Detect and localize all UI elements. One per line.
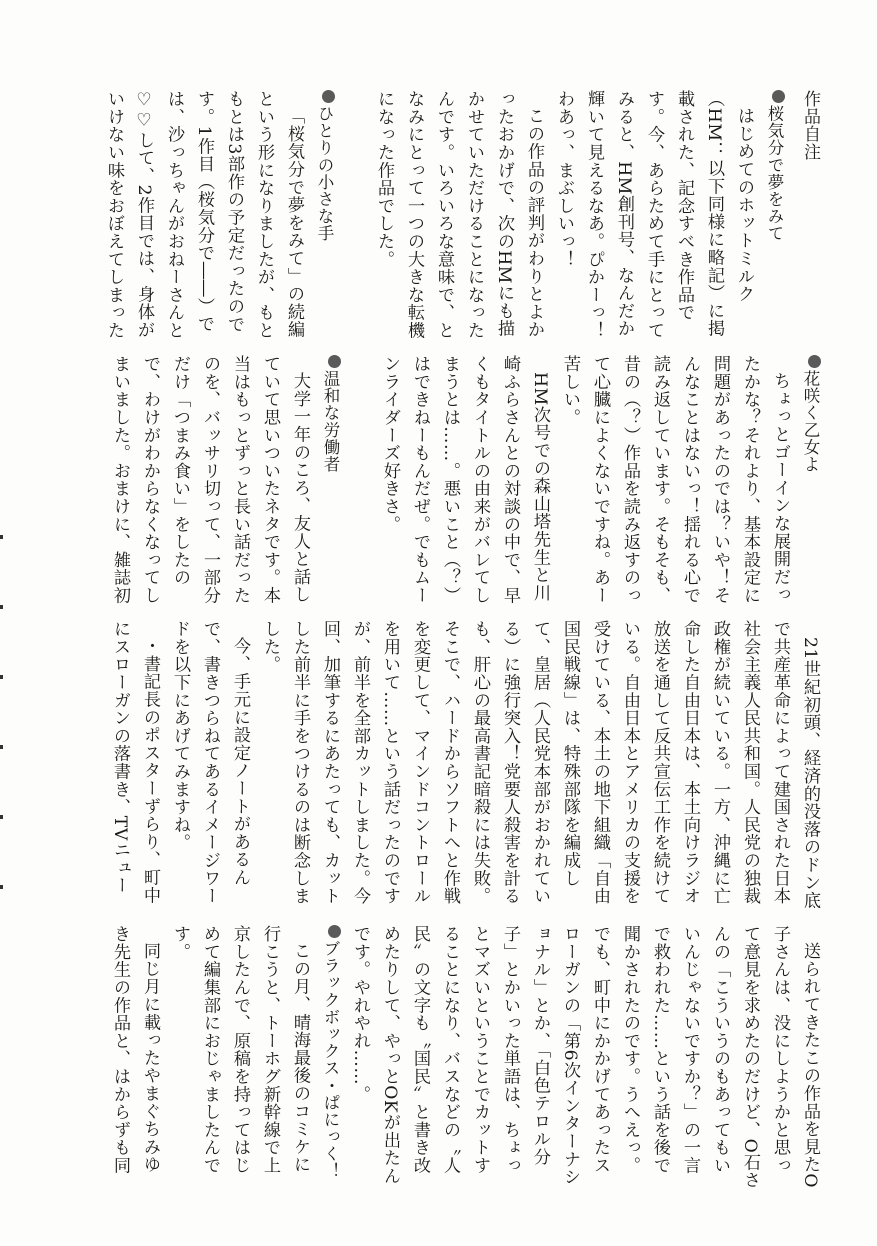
article-heading: 温和な労働者	[315, 355, 345, 605]
article-paragraph: 同じ月に載ったやまぐちみゆき先生の作品と、はからずも同じネタだったので（関係ない…	[105, 925, 165, 1190]
text-band-3: 21世紀初頭、経済的没落のドン底で共産革命によって建国された日本社会主義人民共和…	[105, 620, 825, 910]
article-heading: 花咲く乙女よ	[795, 355, 825, 605]
article-paragraph: この作品の評判がわりとよかったおかげで、次のHMにも描かせていただけることになっ…	[369, 90, 549, 340]
scan-mark	[0, 815, 3, 819]
article-heading: ブラックボックス・ぱにっく！	[315, 925, 345, 1190]
article-paragraph: ・書記長のポスターずらり、町中にスローガンの落書き、TVニュース（港区赤坂コルバ…	[105, 620, 165, 910]
article-paragraph: はじめてのホットミルク（HM：以下同様に略記）に掲載された、記念すべき作品です。…	[549, 90, 759, 340]
section-title: 作品自注	[795, 90, 825, 340]
article-paragraph: 21世紀初頭、経済的没落のドン底で共産革命によって建国された日本社会主義人民共和…	[255, 620, 825, 910]
article-paragraph: 大学一年のころ、友人と話していて思いついたネタです。本当はもっとずっと長い話だっ…	[105, 355, 315, 605]
bullet-icon	[808, 355, 821, 368]
scan-mark	[0, 745, 3, 749]
article-paragraph: ちょっとゴーインな展開だったかな？それより、基本設定に問題があったのでは？いや！…	[555, 355, 795, 605]
article-paragraph: 「桜気分で夢をみて」の続編という形になりましたが、もともとは3部作の予定だったの…	[105, 90, 309, 340]
article-paragraph: 送られてきたこの作品を見たO子さんは、没にしようかと思って意見を求めたのだけど、…	[345, 925, 825, 1190]
text-band-2: 花咲く乙女よ ちょっとゴーインな展開だったかな？それより、基本設定に問題があった…	[105, 355, 825, 605]
scan-mark	[0, 535, 3, 539]
scanned-page: 作品自注 桜気分で夢をみて はじめてのホットミルク（HM：以下同様に略記）に掲載…	[0, 0, 877, 1246]
bullet-icon	[328, 925, 341, 938]
bullet-icon	[328, 355, 341, 368]
scan-mark	[0, 885, 3, 889]
article-paragraph: HM次号での森山塔先生と川崎ふらさんとの対談の中で、早くもタイトルの由来がバレて…	[375, 355, 555, 605]
scan-mark	[0, 605, 3, 609]
article-paragraph: この月、晴海最後のコミケに行こうと、トーホグ新幹線で上京したんで、原稿を持っては…	[165, 925, 315, 1190]
article-heading: 桜気分で夢をみて	[759, 90, 789, 340]
scan-mark	[0, 675, 3, 679]
article-heading: ひとりの小さな手	[309, 90, 339, 340]
bullet-icon	[322, 90, 335, 103]
text-band-1: 作品自注 桜気分で夢をみて はじめてのホットミルク（HM：以下同様に略記）に掲載…	[105, 90, 825, 340]
bullet-icon	[772, 90, 785, 103]
article-paragraph: 今、手元に設定ノートがあるんで、書きつらねてあるイメージワードを以下にあげてみま…	[165, 620, 255, 910]
text-band-4: 送られてきたこの作品を見たO子さんは、没にしようかと思って意見を求めたのだけど、…	[105, 925, 825, 1190]
